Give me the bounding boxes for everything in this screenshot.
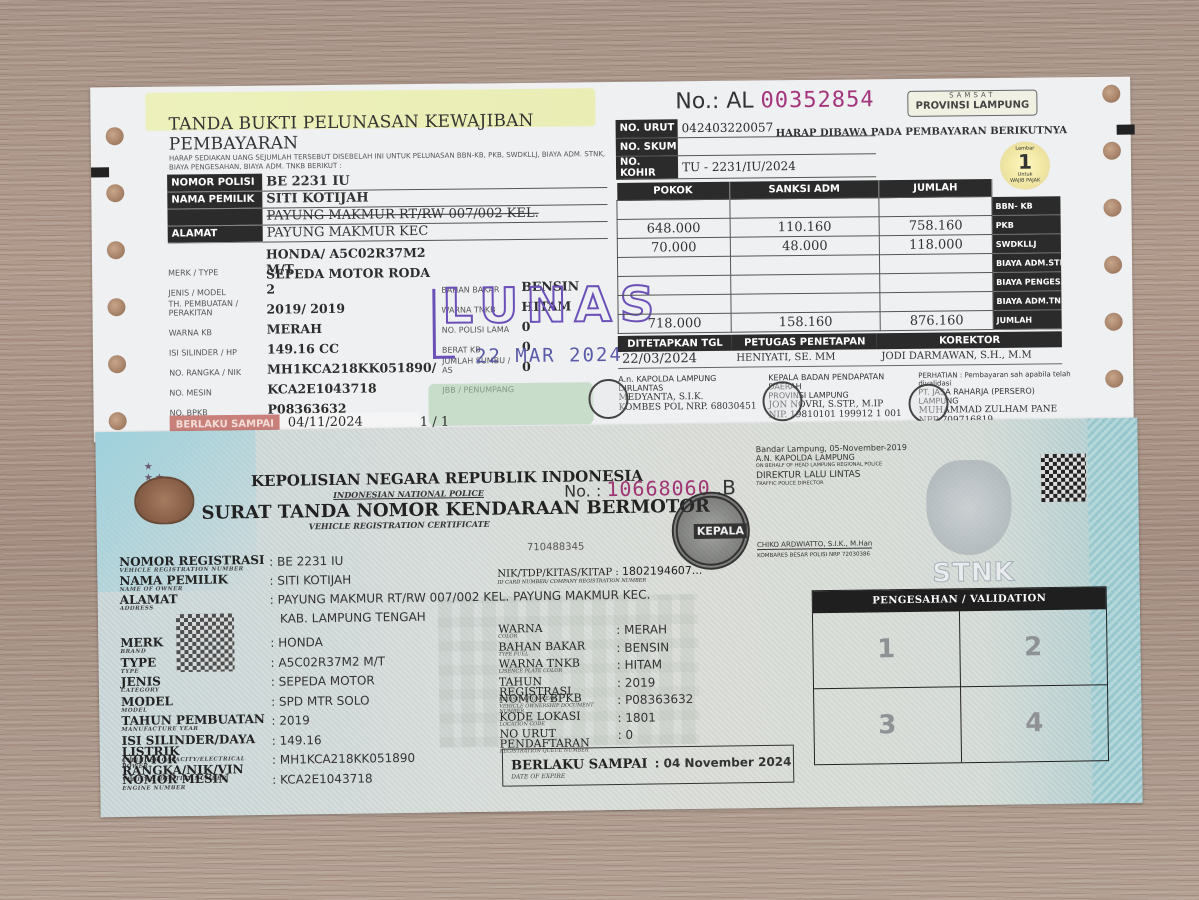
fee-category-label: SWDKLLJ	[993, 234, 1061, 254]
expiry-value: : 04 November 2024	[655, 755, 792, 771]
perforation-mark	[91, 167, 109, 177]
stnk-emblem-icon	[926, 460, 1012, 556]
ref-row: NO. KOHIRTU - 2231/IU/2024	[616, 153, 876, 179]
jasa-raharja-seal	[908, 383, 948, 423]
issuer-title-en: INDONESIAN NATIONAL POLICE	[333, 488, 484, 500]
payment-date-stamp: 22 MAR 2024	[475, 344, 623, 368]
validation-grid: PENGESAHAN / VALIDATION 1 2 3 4	[812, 586, 1109, 765]
dirlantas-seal	[588, 378, 628, 418]
samsat-badge: SAMSAT PROVINSI LAMPUNG	[907, 90, 1037, 117]
fee-category-label: BIAYA PENGESAHAN	[993, 272, 1061, 292]
validation-cell: 4	[961, 685, 1109, 763]
police-emblem-icon	[134, 476, 195, 525]
fee-category-label: JUMLAH	[994, 310, 1062, 330]
assessment-signers: DITETAPKAN TGL PETUGAS PENETAPAN KOREKTO…	[618, 331, 1062, 368]
official-seal-icon: KEPALA	[671, 491, 750, 570]
validation-cell: 3	[814, 687, 962, 765]
fee-table: POKOK SANKSI ADM JUMLAH 648.000110.16075…	[616, 179, 994, 334]
owner-row: ALAMATPAYUNG MAKMUR KEC	[168, 221, 608, 243]
expiry-box: BERLAKU SAMPAI : 04 November 2024 DATE O…	[502, 745, 795, 787]
fee-category-label: BIAYA ADM.STNK	[993, 253, 1061, 273]
fee-category-labels: BBN- KBPKBSWDKLLJBIAYA ADM.STNKBIAYA PEN…	[992, 178, 1062, 330]
fee-category-label: BBN- KB	[992, 196, 1060, 216]
fee-breakdown: POKOK SANKSI ADM JUMLAH 648.000110.16075…	[616, 177, 1118, 334]
jasa-raharja-signature: PERHATIAN : Pembayaran sah apabila telah…	[918, 370, 1079, 426]
kapolda-signature: A.n. KAPOLDA LAMPUNG DIRLANTAS MEDYANTA,…	[618, 373, 769, 429]
fee-category-label: BIAYA ADM.TNKB	[993, 291, 1061, 311]
fee-row: 718.000158.160876.160	[618, 311, 993, 334]
field-row: NO URUT PENDAFTARANREGISTRATION QUEUE NU…	[500, 727, 694, 747]
bapenda-signature: KEPALA BADAN PENDAPATAN DAERAH PROVINSI …	[768, 371, 919, 427]
corrector-name: JODI DARMAWAN, S.H., M.M	[877, 347, 1062, 365]
signers-values: 22/03/2024 HENIYATI, SE. MM JODI DARMAWA…	[618, 347, 1062, 368]
vehicle-spec-fields: WARNACOLORMERAHBAHAN BAKARTYPE FUELBENSI…	[498, 622, 694, 747]
tax-payment-receipt: TANDA BUKTI PELUNASAN KEWAJIBAN PEMBAYAR…	[90, 77, 1134, 443]
reference-table: NO. URUT042403220057 NO. SKUM NO. KOHIRT…	[616, 117, 877, 179]
bring-next-payment-note: HARAP DIBAWA PADA PEMBAYARAN BERIKUTNYA	[776, 125, 1068, 139]
tractor-feed-holes-left	[106, 127, 130, 469]
validation-cell: 2	[959, 609, 1107, 687]
assessment-date: 22/03/2024	[618, 351, 732, 368]
receipt-note: HARAP SEDIAKAN UANG SEJUMLAH TERSEBUT DI…	[169, 150, 609, 173]
signer-name: CHIKO ARDWIATTO, S.I.K., M.Han	[757, 539, 872, 550]
bapenda-seal	[762, 381, 802, 421]
stnk-logo-text: STNK	[932, 557, 1015, 588]
issuer-signature-block: Bandar Lampung, 05-November-2019 A.N. KA…	[756, 443, 908, 487]
nik-field: NIK/TDP/KITAS/KITAP : 1802194607... ID C…	[497, 564, 702, 586]
receipt-serial: 00352854	[760, 87, 874, 113]
document-title-en: VEHICLE REGISTRATION CERTIFICATE	[309, 519, 490, 532]
validation-cell: 1	[813, 611, 961, 689]
vehicle-registration-certificate: ★★★ KEPOLISIAN NEGARA REPUBLIK INDONESIA…	[95, 418, 1142, 818]
signer-nrp: KOMBARES BESAR POLISI NRP 72030386	[757, 551, 870, 559]
receipt-right-section: No.: AL 00352854 SAMSAT PROVINSI LAMPUNG…	[615, 85, 1119, 429]
receipt-number: No.: AL 00352854	[675, 85, 1115, 115]
receipt-title: TANDA BUKTI PELUNASAN KEWAJIBAN PEMBAYAR…	[168, 110, 618, 155]
perforation-mark	[1117, 125, 1135, 135]
receipt-left-section: TANDA BUKTI PELUNASAN KEWAJIBAN PEMBAYAR…	[148, 92, 621, 417]
owner-table: NOMOR POLISIBE 2231 IU NAMA PEMILIKSITI …	[167, 170, 608, 243]
fee-category-label: PKB	[993, 215, 1061, 235]
expiry-label: BERLAKU SAMPAI	[511, 757, 648, 774]
qr-code-icon	[1041, 453, 1087, 502]
assessor-name: HENIYATI, SE. MM	[732, 349, 877, 367]
